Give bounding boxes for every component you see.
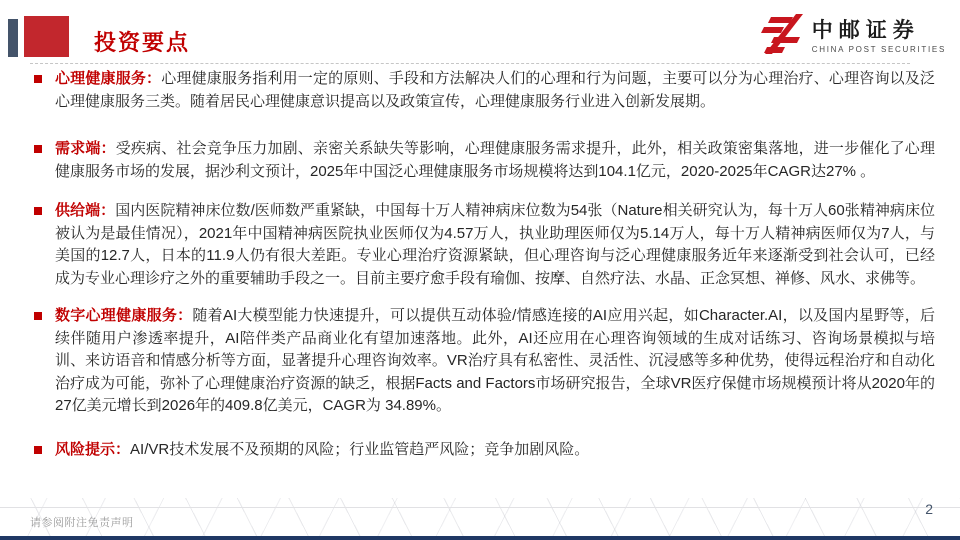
footer-disclaimer: 请参阅附注免责声明 [30, 514, 134, 530]
bullet-square-icon [34, 145, 42, 153]
bullet-square-icon [34, 312, 42, 320]
page-number: 2 [925, 501, 933, 517]
textbox-dashed-border [30, 63, 910, 64]
bullet-item-risk-warning: 风险提示：AI/VR技术发展不及预期的风险；行业监管趋严风险；竞争加剧风险。 [33, 439, 935, 462]
bullet-text: AI/VR技术发展不及预期的风险；行业监管趋严风险；竞争加剧风险。 [130, 441, 589, 458]
slide-footer: 请参阅附注免责声明 2 [0, 498, 960, 540]
brand-name-en: CHINA POST SECURITIES [812, 45, 946, 54]
bullet-square-icon [34, 446, 42, 454]
bullet-item-digital-mental-health: 数字心理健康服务：随着AI大模型能力快速提升，可以提供互动体验/情感连接的AI应… [33, 305, 935, 418]
accent-bar-red [24, 16, 69, 57]
accent-bar-slate [8, 19, 18, 57]
bullet-label: 心理健康服务： [55, 70, 161, 87]
bullet-label: 需求端： [55, 140, 116, 157]
bullet-text: 心理健康服务指利用一定的原则、手段和方法解决人们的心理和行为问题，主要可以分为心… [55, 70, 935, 110]
bullet-text: 国内医院精神床位数/医师数严重紧缺，中国每十万人精神病床位数为54张（Natur… [55, 202, 935, 287]
footer-divider [0, 507, 960, 508]
bullet-label: 风险提示： [55, 441, 130, 458]
china-post-emblem-icon [758, 14, 804, 54]
bullet-list: 心理健康服务：心理健康服务指利用一定的原则、手段和方法解决人们的心理和行为问题，… [33, 68, 935, 461]
bullet-label: 数字心理健康服务： [55, 307, 192, 324]
bullet-label: 供给端： [55, 202, 115, 219]
bullet-square-icon [34, 75, 42, 83]
bullet-item-supply-side: 供给端：国内医院精神床位数/医师数严重紧缺，中国每十万人精神病床位数为54张（N… [33, 200, 935, 290]
bullet-square-icon [34, 207, 42, 215]
page-title: 投资要点 [94, 26, 190, 57]
brand-logo: 中邮证券 CHINA POST SECURITIES [758, 14, 946, 54]
bullet-item-demand-side: 需求端：受疾病、社会竞争压力加剧、亲密关系缺失等影响，心理健康服务需求提升，此外… [33, 138, 935, 183]
bottom-accent-bar [0, 536, 960, 540]
slide-header: 投资要点 中邮证券 CHINA POST SECURITIES [0, 0, 960, 62]
bullet-item-mental-health-services: 心理健康服务：心理健康服务指利用一定的原则、手段和方法解决人们的心理和行为问题，… [33, 68, 935, 113]
brand-logo-text: 中邮证券 CHINA POST SECURITIES [812, 14, 946, 54]
report-slide: 投资要点 中邮证券 CHINA POST SECURITIES [0, 0, 960, 540]
bullet-text: 受疾病、社会竞争压力加剧、亲密关系缺失等影响，心理健康服务需求提升，此外，相关政… [55, 140, 935, 180]
brand-name-cn: 中邮证券 [812, 14, 946, 44]
footer-guilloche-pattern [0, 498, 960, 540]
